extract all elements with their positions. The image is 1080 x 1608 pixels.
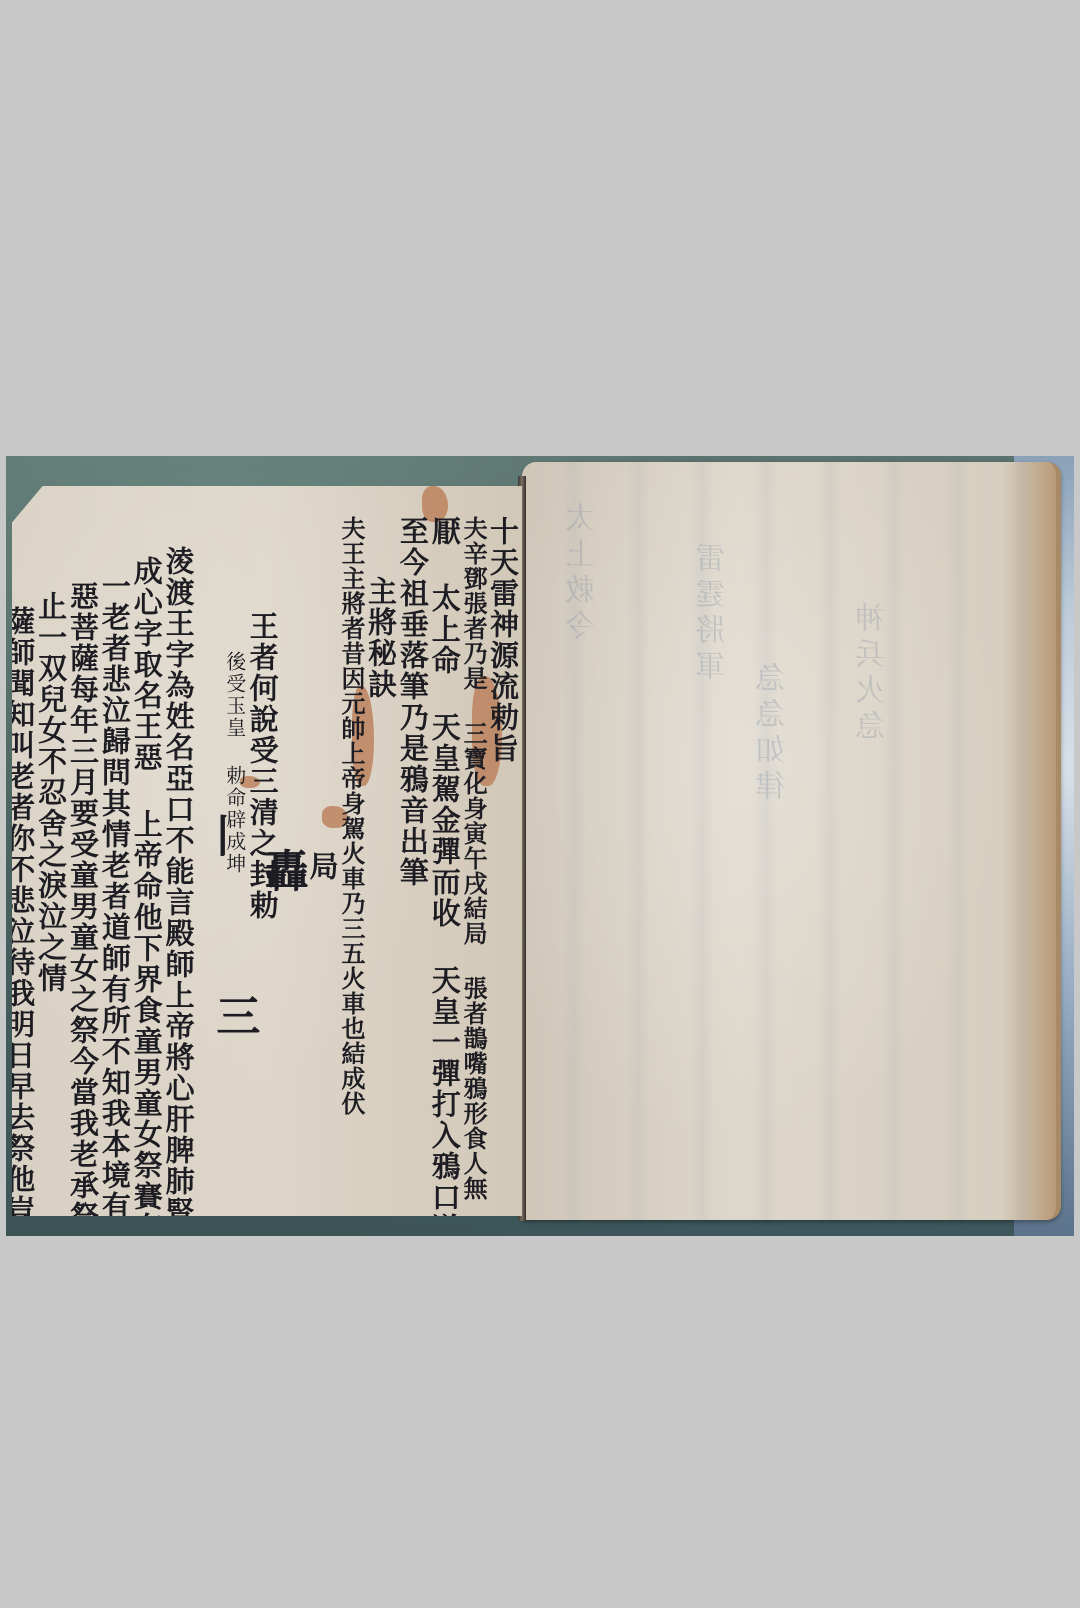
text-columns: 十天雷神源流勅旨 夫辛鄧張者乃是 三寶化身寅午戌結局 張者鵲嘴鴉形食人無 厭 太… (22, 516, 526, 1216)
text-column: 淩渡王字為姓名亞口不能言殿師上帝將心肝脾肺腎凑 (162, 516, 194, 1216)
text-column: 惡菩薩每年三月要受童男童女之祭今當我老承祭 (66, 516, 98, 1216)
text-fragment: 後受玉皇 勅命辟成坤 (224, 651, 246, 1216)
left-page: 十天雷神源流勅旨 夫辛鄧張者乃是 三寶化身寅午戌結局 張者鵲嘴鴉形食人無 厭 太… (12, 486, 522, 1216)
text-column: 成心字取名王惡 上帝命他下界食童男童女祭賽有 (130, 516, 162, 1216)
seal-character: 轟 (257, 848, 305, 894)
show-through-text: 雷霆將軍 (692, 542, 736, 686)
text-column-compound: 局 轟 三 (278, 516, 338, 1216)
show-through-text: 急急如律 (752, 662, 796, 806)
text-column: 夫王主將者昔因元帥上帝身駕火車乃三五火車也結成伏 (338, 516, 364, 1216)
text-column: 薩師聞知叫老者你不悲泣待我明日早去祭他豈有此神也 (6, 516, 34, 1216)
text-column: 一老者悲泣歸問其情老者道師有所不知我本境有一王 (98, 516, 130, 1216)
manuscript-photo: 太上敕令 雷霆將軍 急急如律 神兵火急 十天雷神源流勅旨 夫辛鄧張者乃是 三寶化… (6, 456, 1074, 1236)
text-fragment: 局 (306, 851, 338, 882)
text-column-heading: 主將秘訣 (364, 516, 396, 1216)
text-column-title: 十天雷神源流勅旨 (486, 516, 518, 1216)
text-fragment: 王者何說受三清之封勅 (246, 611, 278, 1216)
text-column: 至今祖垂落筆乃是鴉音出筆 (396, 516, 428, 1216)
right-page: 太上敕令 雷霆將軍 急急如律 神兵火急 (522, 462, 1061, 1220)
text-column: 止一双兒女不忍舍之淚泣之情 (34, 516, 66, 1216)
text-column: 夫辛鄧張者乃是 三寶化身寅午戌結局 張者鵲嘴鴉形食人無 (460, 516, 486, 1216)
show-through-text: 太上敕令 (562, 502, 606, 646)
show-through-text: 神兵火急 (852, 602, 896, 746)
text-column: 厭 太上命 天皇駕金彈而收 天皇一彈打入鴉口遂爾口不能言 (428, 516, 460, 1216)
numeral-three: 三 (209, 993, 257, 1039)
